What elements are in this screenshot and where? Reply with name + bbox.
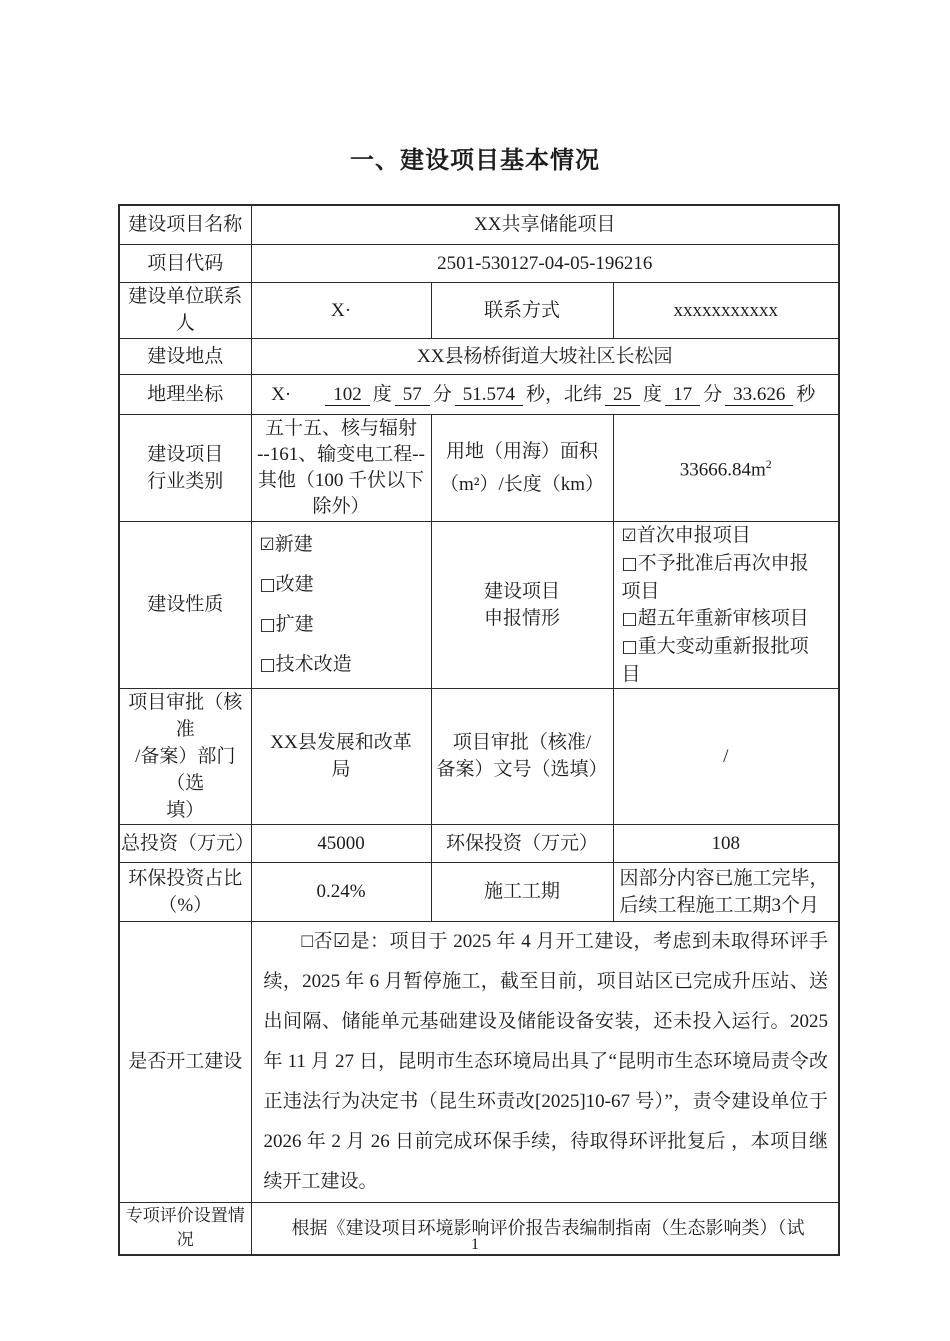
option-new-build: ☑新建 — [260, 525, 417, 565]
value-project-name: XX共享储能项目 — [251, 205, 839, 244]
label-total-investment: 总投资（万元） — [119, 824, 251, 862]
option-label: 改建 — [276, 574, 314, 595]
value-coordinates: X·102度57分51.574秒，北纬25度17分33.626秒 — [251, 374, 839, 414]
value-line: 五十五、核与辐射 — [252, 416, 431, 442]
label-env-investment: 环保投资（万元） — [431, 824, 613, 862]
longitude-minutes: 57 — [395, 384, 430, 406]
table-row: 地理坐标 X·102度57分51.574秒，北纬25度17分33.626秒 — [119, 374, 839, 414]
longitude-label: X· — [271, 384, 291, 405]
label-location: 建设地点 — [119, 338, 251, 374]
option-rebuild: □改建 — [260, 565, 417, 605]
label-env-ratio: 环保投资占比 （%） — [119, 862, 251, 921]
construction-nature-options: ☑新建 □改建 □扩建 □技术改造 — [251, 521, 431, 688]
latitude-minutes: 17 — [665, 384, 700, 406]
option-label: 扩建 — [276, 614, 314, 635]
option-label: 重大变动重新报批项目 — [622, 636, 809, 685]
label-line: （m²）/长度（km） — [432, 468, 613, 501]
declaration-situation-options: ☑首次申报项目 □不予批准后再次申报项目 □超五年重新审核项目 □重大变动重新报… — [613, 521, 839, 688]
label-line: 项目审批（核准/ — [432, 729, 613, 756]
checkbox-unchecked-icon: □ — [622, 554, 638, 574]
table-row: 建设单位联系人 X· 联系方式 xxxxxxxxxxx — [119, 282, 839, 338]
label-declaration-situation: 建设项目 申报情形 — [431, 521, 613, 688]
label-line: 备案）文号（选填） — [432, 756, 613, 783]
value-env-investment: 108 — [613, 824, 839, 862]
label-construction-period: 施工工期 — [431, 862, 613, 921]
checkbox-unchecked-icon: □ — [260, 615, 276, 635]
longitude-degrees: 102 — [325, 384, 370, 406]
option-technical-upgrade: □技术改造 — [260, 645, 417, 685]
value-construction-started: □否☑是：项目于 2025 年 4 月开工建设，考虑到未取得环评手续，2025 … — [251, 921, 839, 1202]
value-line: XX县发展和改革 — [252, 729, 431, 756]
table-row: 项目审批（核准 /备案）部门（选 填） XX县发展和改革 局 项目审批（核准/ … — [119, 688, 839, 824]
degree-unit: 度 — [640, 384, 665, 405]
option-first-declaration: ☑首次申报项目 — [622, 522, 825, 550]
option-expand: □扩建 — [260, 605, 417, 645]
table-row: 建设项目名称 XX共享储能项目 — [119, 205, 839, 244]
construction-started-paragraph: □否☑是：项目于 2025 年 4 月开工建设，考虑到未取得环评手续，2025 … — [264, 922, 829, 1202]
label-contact-person: 建设单位联系人 — [119, 282, 251, 338]
label-line: （%） — [121, 892, 250, 919]
latitude-seconds: 33.626 — [725, 384, 793, 406]
second-unit-north-label: 秒，北纬 — [523, 384, 605, 405]
value-land-area: 33666.84m2 — [613, 414, 839, 521]
value-approval-doc-number: / — [613, 688, 839, 824]
table-row: 建设项目 行业类别 五十五、核与辐射 --161、输变电工程-- 其他（100 … — [119, 414, 839, 521]
label-industry-category: 建设项目 行业类别 — [119, 414, 251, 521]
minute-unit: 分 — [430, 384, 455, 405]
label-line: 用地（用海）面积 — [432, 435, 613, 468]
option-label: 不予批准后再次申报项目 — [622, 553, 809, 602]
label-line: 建设项目 — [121, 441, 250, 468]
label-line: 项目审批（核准 — [121, 689, 250, 743]
checkbox-unchecked-icon: □ — [260, 655, 276, 675]
table-row: 建设性质 ☑新建 □改建 □扩建 □技术改造 建设项目 申报情形 ☑首次申报项目… — [119, 521, 839, 688]
value-line: 除外） — [252, 494, 431, 520]
value-contact-method: xxxxxxxxxxx — [613, 282, 839, 338]
checkbox-unchecked-icon: □ — [260, 575, 276, 595]
value-approval-department: XX县发展和改革 局 — [251, 688, 431, 824]
minute-unit: 分 — [700, 384, 725, 405]
option-redeclare-after-denial: □不予批准后再次申报项目 — [622, 550, 825, 605]
label-line: 行业类别 — [121, 468, 250, 495]
latitude-degrees: 25 — [605, 384, 640, 406]
label-line: 专项评价设置情 — [121, 1204, 250, 1228]
label-construction-nature: 建设性质 — [119, 521, 251, 688]
label-project-code: 项目代码 — [119, 244, 251, 282]
table-row: 项目代码 2501-530127-04-05-196216 — [119, 244, 839, 282]
area-superscript: 2 — [766, 457, 772, 471]
label-line: 建设项目 — [432, 578, 613, 605]
checkbox-checked-icon: ☑ — [260, 535, 275, 555]
table-row: 环保投资占比 （%） 0.24% 施工工期 因部分内容已施工完毕，后续工程施工工… — [119, 862, 839, 921]
label-line: /备案）部门（选 — [121, 743, 250, 797]
area-number: 33666.84m — [680, 460, 766, 481]
value-line: 局 — [252, 756, 431, 783]
label-contact-method: 联系方式 — [431, 282, 613, 338]
label-approval-department: 项目审批（核准 /备案）部门（选 填） — [119, 688, 251, 824]
label-land-area: 用地（用海）面积 （m²）/长度（km） — [431, 414, 613, 521]
project-info-table: 建设项目名称 XX共享储能项目 项目代码 2501-530127-04-05-1… — [118, 204, 840, 1256]
value-industry-category: 五十五、核与辐射 --161、输变电工程-- 其他（100 千伏以下 除外） — [251, 414, 431, 521]
value-total-investment: 45000 — [251, 824, 431, 862]
label-project-name: 建设项目名称 — [119, 205, 251, 244]
label-line: 环保投资占比 — [121, 865, 250, 892]
document-page: 一、建设项目基本情况 建设项目名称 XX共享储能项目 项目代码 2501-530… — [0, 0, 950, 1341]
value-construction-period: 因部分内容已施工完毕，后续工程施工工期3个月 — [613, 862, 839, 921]
label-line: 申报情形 — [432, 605, 613, 632]
checkbox-checked-icon: ☑ — [622, 526, 637, 546]
value-line: 其他（100 千伏以下 — [252, 468, 431, 494]
option-label: 超五年重新审核项目 — [638, 608, 809, 629]
option-label: 新建 — [275, 534, 313, 555]
label-coordinates: 地理坐标 — [119, 374, 251, 414]
value-contact-person: X· — [251, 282, 431, 338]
option-five-year-review: □超五年重新审核项目 — [622, 605, 825, 633]
value-env-ratio: 0.24% — [251, 862, 431, 921]
table-row: 总投资（万元） 45000 环保投资（万元） 108 — [119, 824, 839, 862]
value-project-code: 2501-530127-04-05-196216 — [251, 244, 839, 282]
value-line: --161、输变电工程-- — [252, 442, 431, 468]
page-number: 1 — [0, 1236, 950, 1254]
table-row: 建设地点 XX县杨桥街道大坡社区长松园 — [119, 338, 839, 374]
option-label: 首次申报项目 — [637, 525, 751, 546]
value-location: XX县杨桥街道大坡社区长松园 — [251, 338, 839, 374]
page-title: 一、建设项目基本情况 — [0, 0, 950, 175]
checkbox-unchecked-icon: □ — [622, 637, 638, 657]
longitude-seconds: 51.574 — [455, 384, 523, 406]
table-row: 是否开工建设 □否☑是：项目于 2025 年 4 月开工建设，考虑到未取得环评手… — [119, 921, 839, 1202]
degree-unit: 度 — [370, 384, 395, 405]
label-construction-started: 是否开工建设 — [119, 921, 251, 1202]
option-major-change-redeclare: □重大变动重新报批项目 — [622, 633, 825, 688]
second-unit: 秒 — [793, 384, 818, 405]
checkbox-unchecked-icon: □ — [622, 609, 638, 629]
label-approval-doc-number: 项目审批（核准/ 备案）文号（选填） — [431, 688, 613, 824]
option-label: 技术改造 — [276, 654, 352, 675]
label-line: 填） — [121, 797, 250, 824]
